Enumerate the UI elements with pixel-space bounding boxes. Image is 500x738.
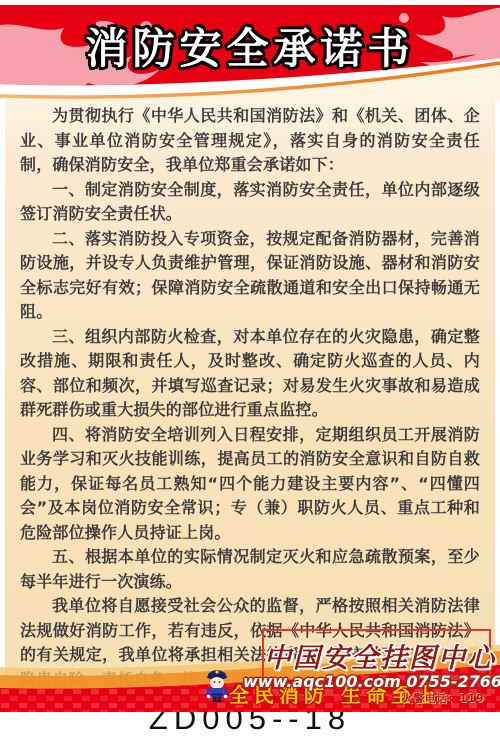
commitment-paragraph: 五、根据本单位的实际情况制定灭火和应急疏散预案，至少每半年进行一次演练。 [20,545,480,594]
commitment-paragraph: 二、落实消防投入专项资金，按规定配备消防器材，完善消防设施，并设专人负责维护管理… [20,227,480,325]
commitment-paragraph: 四、将消防安全培训列入日程安排，定期组织员工开展消防业务学习和灭火技能训练，提高… [20,423,480,546]
watermark-phone: 0755-2766 8885 [406,672,500,691]
commitment-text: 为贯彻执行《中华人民共和国消防法》和《机关、团体、企业、事业单位消防安全管理规定… [5,99,495,692]
watermark-website: www.aqc100.com [243,672,401,691]
brand-name: 中国安全挂图中心 [264,636,489,675]
watermark: www.aqc100.com 0755-2766 8885 [243,672,500,691]
fire-phone-label: 火警电话：119 [402,691,484,706]
police-officer-icon [204,666,230,702]
poster-title: 消防安全承诺书 [0,16,500,76]
commitment-paragraph: 为贯彻执行《中华人民共和国消防法》和《机关、团体、企业、事业单位消防安全管理规定… [20,104,480,178]
commitment-paragraph: 一、制定消防安全制度，落实消防安全责任，单位内部逐级签订消防安全责任状。 [20,178,480,227]
fire-safety-poster: 消防安全承诺书 为贯彻执行《中华人民共和国消防法》和《机关、团体、企业、事业单位… [0,0,500,738]
commitment-paragraph: 三、组织内部防火检查，对本单位存在的火灾隐患，确定整改措施、期限和责任人，及时整… [20,325,480,423]
